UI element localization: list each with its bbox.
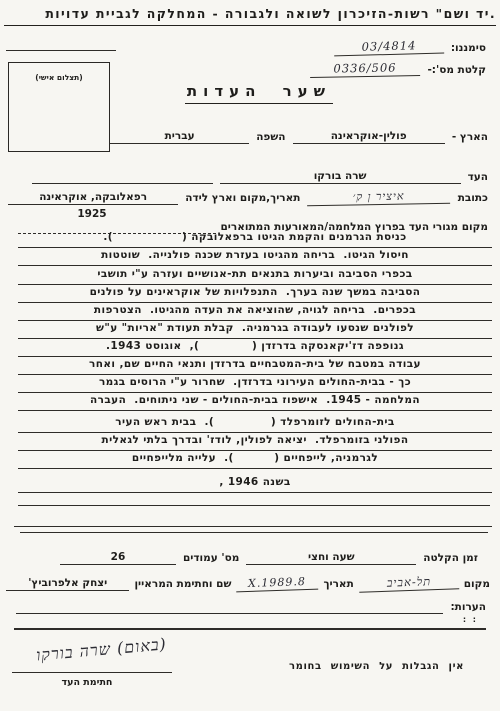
country-label: הארץ -: [452, 131, 488, 144]
birth-year-value: 1925: [52, 208, 132, 220]
witness-label: העד: [468, 171, 488, 184]
pages-count-label: מס' עמודים: [183, 552, 239, 565]
interviewer-label: שם וחתימת המראיין: [134, 578, 231, 591]
country-value: פולין-אוקראינה: [293, 130, 445, 144]
witness-signature-label: חתימת העד: [32, 677, 142, 688]
signature-underline: [12, 672, 172, 673]
summary-line: בשנה 1946 ,: [18, 476, 492, 493]
date-label: תאריך: [323, 578, 353, 591]
date-value-handwritten: 8.X.1989: [236, 575, 318, 593]
recording-time-value: שעה וחצי: [246, 551, 416, 565]
summary-line: בית-החולים לזומרפלד ( ). בבית ראש העיר: [18, 416, 492, 433]
summary-line: כניסת הגרמנים והקמת הגיטו ברפאלובקה ( ).: [18, 231, 492, 248]
interviewer-name-value: יצחק אלפרוביץ': [6, 577, 129, 591]
closing-rule: [14, 628, 486, 630]
address-value-handwritten: איציר ן ק׳: [307, 189, 450, 206]
tape-number-label: קלטת מס':-: [427, 64, 486, 77]
reference-number-row: סימננו: 03/4814: [334, 39, 486, 55]
summary-line: לפולנים שנסעו לעבודה בגרמניה. קבלת תעודת…: [18, 322, 492, 339]
tape-number-value-handwritten: 0336/506: [310, 60, 420, 78]
summary-line: לגרמניה, לייפחיים ( ). עלייה מלייפחיים: [18, 452, 492, 469]
country-language-row: הארץ - פולין-אוקראינה השפה עברית: [110, 130, 488, 144]
ruled-line-blank: [20, 532, 488, 533]
testimony-cover-page: .יד ושם" רשות-הזיכרון לשואה ולגבורה - המ…: [0, 0, 500, 711]
summary-line: המלחמה - 1945. אישפוז בבית-החולים - שני …: [18, 394, 492, 411]
reference-number-label: סימננו:: [451, 42, 486, 55]
address-label: כתובת: [458, 192, 488, 205]
summary-line: בכפרי הסביבה וביערות בתנאים תת-אנושיים ו…: [18, 268, 492, 285]
ruled-line-blank: [14, 526, 492, 527]
language-value: עברית: [110, 130, 249, 144]
pages-count-value: 26: [60, 551, 176, 565]
language-label: השפה: [256, 131, 285, 144]
witness-row: העד שרה בורקו: [32, 170, 488, 184]
summary-line: חיסול הגיטו. בריחה מהגיטו בעזרת שכנה פול…: [18, 249, 492, 266]
notes-marks: : :: [463, 615, 478, 624]
address-birth-row: כתובת איציר ן ק׳ תאריך,מקום וארץ לידה רפ…: [8, 190, 488, 205]
summary-line: הסביבה במשך שנה בערך. התנפלויות של אוקרא…: [18, 286, 492, 303]
notes-row: הערות:: [16, 600, 486, 614]
recording-time-label: זמן הקלטה: [423, 552, 478, 565]
witness-name-value: שרה בורקו: [220, 170, 461, 184]
usage-restrictions-note: אין הגבלות על השימוש בחומר: [289, 661, 464, 672]
photo-placeholder-box: (תצלום אישי): [8, 62, 110, 152]
witness-signature-handwritten: (באום) שרה בורקו: [3, 632, 199, 669]
recording-row: זמן הקלטה שעה וחצי מס' עמודים 26: [60, 551, 478, 565]
page-title: שער העדות: [185, 82, 333, 104]
summary-line: גנופפה דז'יקאנסקה בדרזדן ( ), אוגוסט 194…: [18, 340, 492, 357]
notes-blank-underline: [16, 600, 443, 614]
blank-underline: [32, 170, 213, 184]
photo-placeholder-label: (תצלום אישי): [9, 73, 109, 82]
place-value-handwritten: תל-אביב: [359, 573, 459, 592]
birth-label: תאריך,מקום וארץ לידה: [185, 192, 300, 205]
notes-label: הערות:: [450, 601, 486, 614]
ruled-line-blank: [18, 505, 490, 506]
tape-number-row: קלטת מס':- 0336/506: [310, 61, 486, 77]
reference-number-value-handwritten: 03/4814: [334, 38, 444, 57]
place-label: מקום: [464, 578, 490, 591]
place-date-interviewer-row: מקום תל-אביב תאריך 8.X.1989 שם וחתימת המ…: [6, 575, 490, 591]
summary-line: בכפרים. בריחה לגויה, שהוציאה את העדה מהג…: [18, 304, 492, 321]
summary-line: הפולני בזומרפלד. יציאה לפולין, לודז' ובד…: [18, 434, 492, 451]
stamp-rule: [6, 50, 116, 51]
summary-line: עבודה במטבח של בית-המטבחיים בדרזדן ותנאי…: [18, 358, 492, 375]
birth-place-value: רפאלובקה, אוקראינה: [8, 191, 178, 205]
org-header: .יד ושם" רשות-הזיכרון לשואה ולגבורה - המ…: [4, 6, 496, 26]
summary-line: כך - בבית-החולים העירוני בדרזדן. שחרור ע…: [18, 376, 492, 393]
